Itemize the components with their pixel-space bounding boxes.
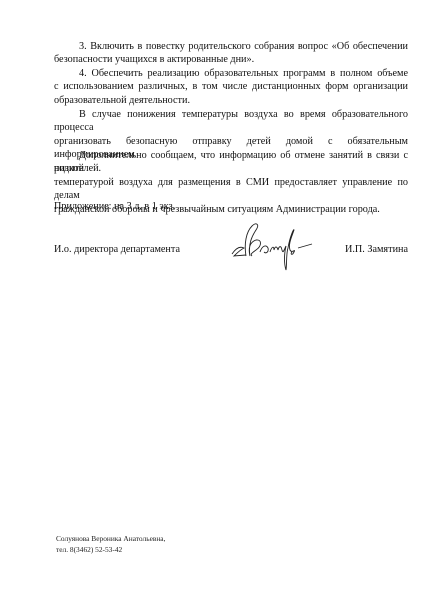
paragraph-line: безопасности учащихся в актированные дни… <box>54 53 408 66</box>
paragraph-line: температурой воздуха для размещения в СМ… <box>54 176 408 203</box>
signer-title: И.о. директора департамента <box>54 244 180 255</box>
paragraph-line: Дополнительно сообщаем, что информацию о… <box>54 149 408 176</box>
executor-footer: Солуянова Вероника Анатольевна, тел. 8(3… <box>56 533 165 555</box>
item-4-paragraph: 4. Обеспечить реализацию образовательных… <box>54 67 408 107</box>
signature-block: И.о. директора департамента И.П. Замятин… <box>54 238 408 278</box>
paragraph-line: 4. Обеспечить реализацию образовательных… <box>54 67 408 80</box>
executor-name: Солуянова Вероника Анатольевна, <box>56 533 165 544</box>
signer-name: И.П. Замятина <box>345 244 408 255</box>
item-3-paragraph: 3. Включить в повестку родительского соб… <box>54 40 408 67</box>
paragraph-line: с использованием различных, в том числе … <box>54 80 408 93</box>
executor-phone: тел. 8(3462) 52-53-42 <box>56 544 165 555</box>
document-page: 3. Включить в повестку родительского соб… <box>0 0 423 598</box>
paragraph-line: образовательной деятельности. <box>54 94 408 107</box>
handwritten-signature-icon <box>226 218 326 274</box>
annex-note: Приложение: на 3 л. в 1 экз. <box>54 201 175 212</box>
paragraph-line: 3. Включить в повестку родительского соб… <box>54 40 408 53</box>
paragraph-line: В случае понижения температуры воздуха в… <box>54 108 408 135</box>
